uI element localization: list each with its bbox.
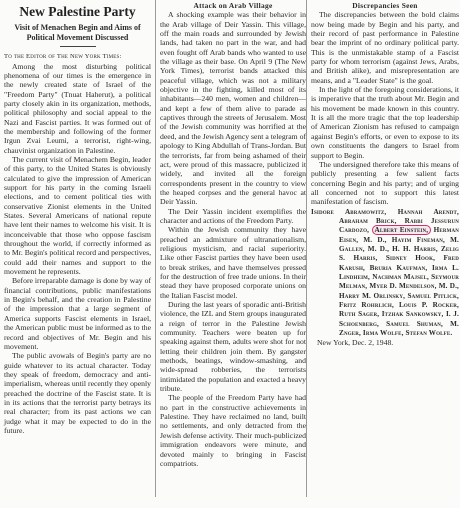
signatories-list: Isidore Abramowitz, Hannah Arendt, Abrah…	[311, 208, 459, 339]
circled-name-highlight: Albert Einstein,	[372, 225, 432, 235]
deck-subheadline: Visit of Menachen Begin and Aims of Poli…	[6, 23, 149, 42]
headline: New Palestine Party	[4, 4, 151, 20]
paragraph: During the last years of sporadic anti-B…	[160, 300, 306, 393]
section-subhead: Discrepancies Seen	[311, 1, 459, 10]
signatories-after: Herman Eisen, M. D., Hayim Fineman, M. G…	[339, 226, 459, 337]
paragraph: The public avowals of Begin's party are …	[4, 351, 151, 435]
column-2: Attack on Arab Village A shocking exampl…	[155, 0, 306, 497]
paragraph: Before irreparable damage is done by way…	[4, 276, 151, 351]
paragraph: The people of the Freedom Party have had…	[160, 393, 306, 468]
section-subhead: Attack on Arab Village	[160, 1, 306, 10]
paragraph: Among the most disturbing political phen…	[4, 62, 151, 155]
dateline: To the Editor of The New York Times:	[4, 52, 151, 61]
newspaper-clipping: New Palestine Party Visit of Menachen Be…	[0, 0, 460, 508]
paragraph: A shocking example was their behavior in…	[160, 10, 306, 206]
paragraph: The discrepancies between the bold claim…	[311, 10, 459, 85]
signoff-dateline: New York, Dec. 2, 1948.	[311, 338, 459, 347]
paragraph: The current visit of Menachem Begin, lea…	[4, 155, 151, 276]
paragraph: The Deir Yassin incident exemplifies the…	[160, 207, 306, 226]
column-3: Discrepancies Seen The discrepancies bet…	[306, 0, 459, 497]
column-1: New Palestine Party Visit of Menachen Be…	[4, 0, 151, 435]
paragraph: The undersigned therefore take this mean…	[311, 160, 459, 207]
paragraph: Within the Jewish community they have pr…	[160, 225, 306, 300]
divider-rule	[60, 46, 96, 47]
paragraph: In the light of the foregoing considerat…	[311, 85, 459, 160]
